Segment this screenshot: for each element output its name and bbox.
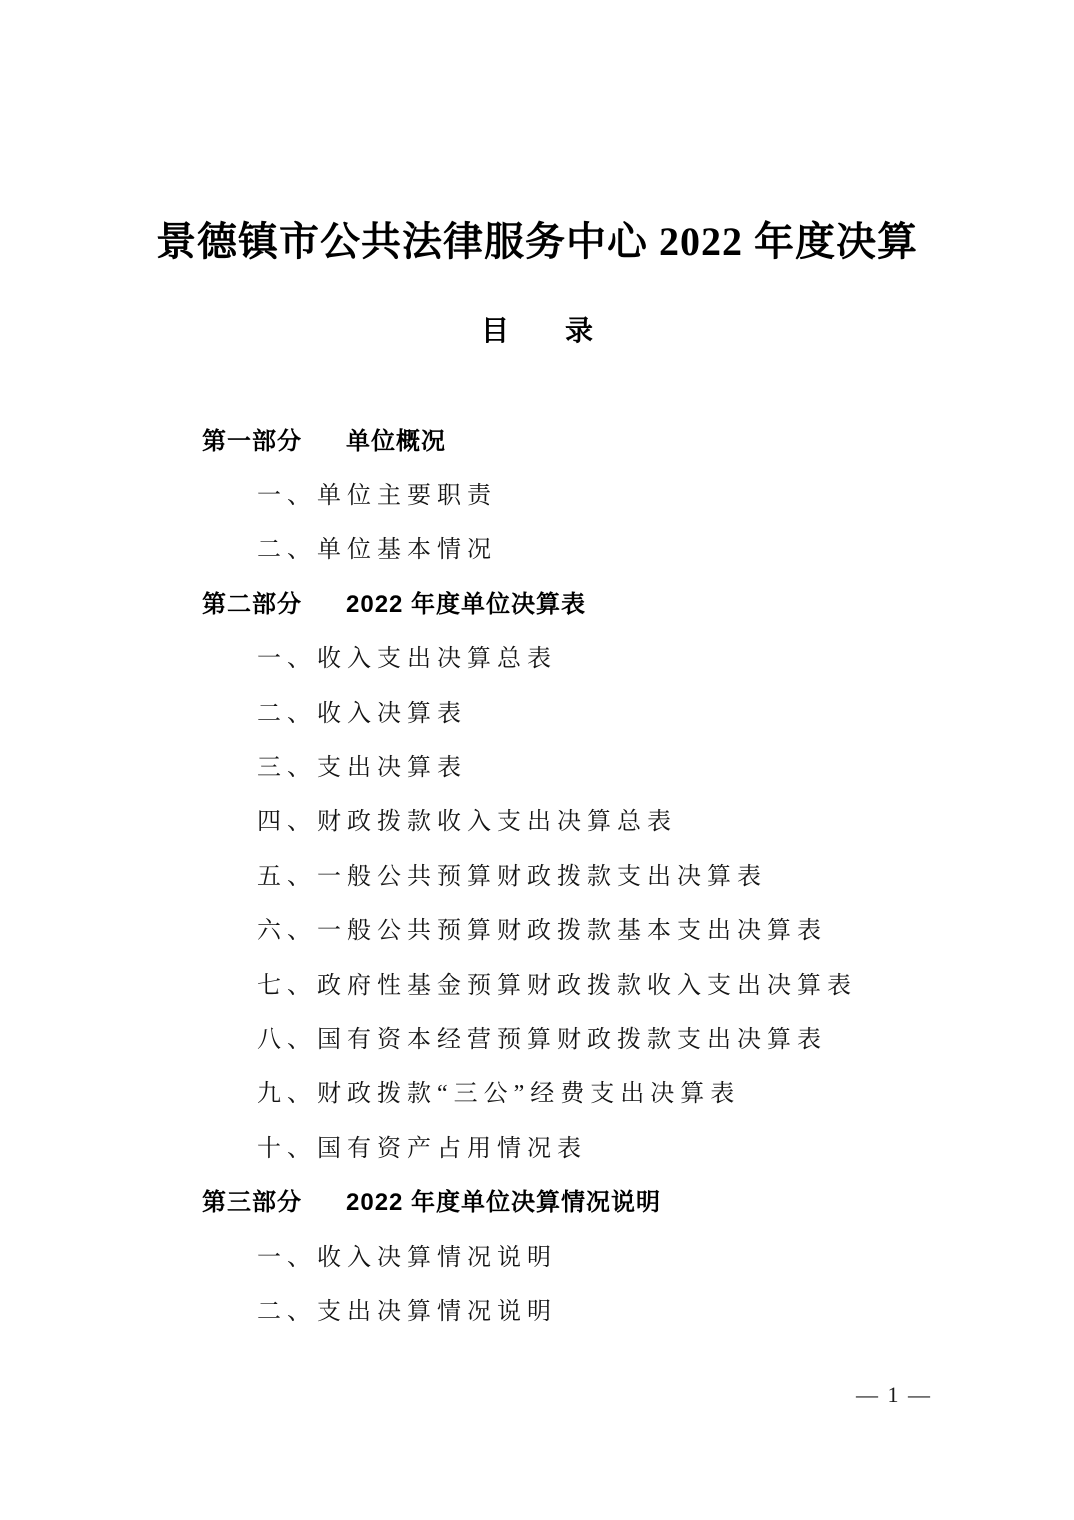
toc-section-heading: 第三部分2022 年度单位决算情况说明 <box>0 1172 1074 1226</box>
toc: 第一部分单位概况一、单位主要职责二、单位基本情况第二部分2022 年度单位决算表… <box>0 411 1074 1336</box>
toc-section-label: 第一部分 <box>202 421 302 456</box>
toc-item: 二、单位基本情况 <box>0 520 1074 574</box>
toc-section-title: 2022 年度单位决算表 <box>346 584 586 619</box>
toc-item: 九、财政拨款“三公”经费支出决算表 <box>0 1064 1074 1118</box>
toc-item: 二、收入决算表 <box>0 683 1074 737</box>
toc-item: 一、收入决算情况说明 <box>0 1227 1074 1281</box>
toc-item: 五、一般公共预算财政拨款支出决算表 <box>0 846 1074 900</box>
toc-item: 一、收入支出决算总表 <box>0 629 1074 683</box>
document-title: 景德镇市公共法律服务中心 2022 年度决算 <box>0 217 1074 267</box>
toc-item: 一、单位主要职责 <box>0 465 1074 519</box>
toc-section-heading: 第二部分2022 年度单位决算表 <box>0 574 1074 628</box>
toc-item: 十、国有资产占用情况表 <box>0 1118 1074 1172</box>
toc-section-heading: 第一部分单位概况 <box>0 411 1074 465</box>
toc-item: 四、财政拨款收入支出决算总表 <box>0 792 1074 846</box>
toc-item: 三、支出决算表 <box>0 737 1074 791</box>
toc-section-label: 第三部分 <box>202 1182 302 1217</box>
toc-section-label: 第二部分 <box>202 584 302 619</box>
toc-item: 六、一般公共预算财政拨款基本支出决算表 <box>0 901 1074 955</box>
document-page: 景德镇市公共法律服务中心 2022 年度决算 目 录 第一部分单位概况一、单位主… <box>0 0 1074 1520</box>
toc-item: 七、政府性基金预算财政拨款收入支出决算表 <box>0 955 1074 1009</box>
toc-section-title: 2022 年度单位决算情况说明 <box>346 1182 661 1217</box>
toc-heading: 目 录 <box>0 306 1074 356</box>
toc-section-title: 单位概况 <box>346 421 446 456</box>
toc-item: 二、支出决算情况说明 <box>0 1281 1074 1335</box>
page-number: — 1 — <box>856 1383 932 1407</box>
toc-item: 八、国有资本经营预算财政拨款支出决算表 <box>0 1009 1074 1063</box>
